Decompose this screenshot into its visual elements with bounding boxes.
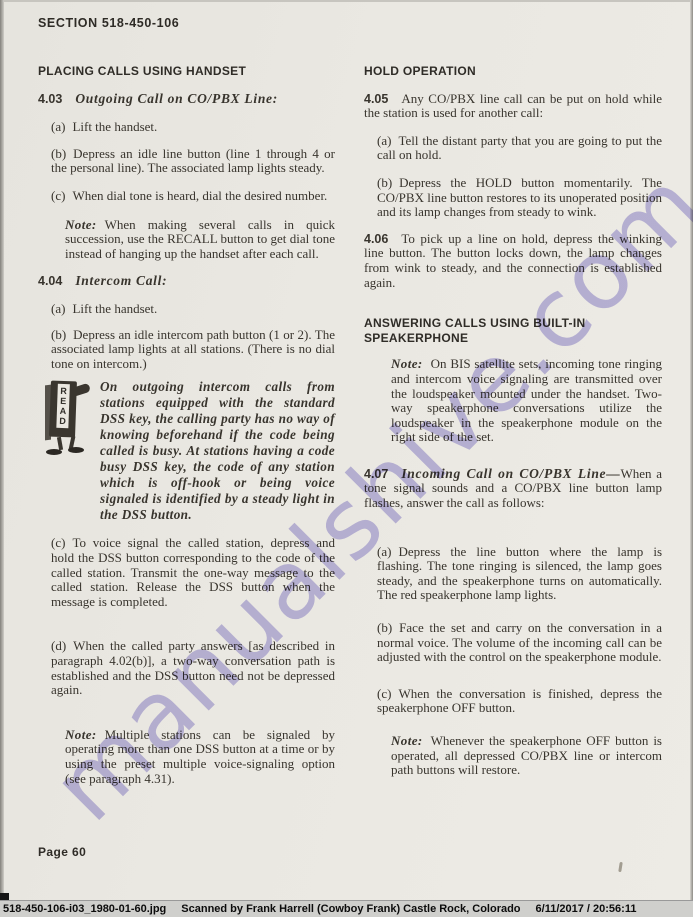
item-marker: (b) — [51, 327, 66, 342]
list-item: (a)Lift the handset. — [38, 302, 335, 317]
list-item: (b)Depress an idle intercom path button … — [38, 328, 335, 372]
paragraph-4-03: 4.03Outgoing Call on CO/PBX Line: — [38, 92, 335, 107]
item-text: Lift the handset. — [72, 119, 157, 134]
item-marker: (b) — [377, 620, 392, 635]
item-marker: (a) — [377, 133, 391, 148]
read-label: READ — [56, 384, 70, 428]
item-text: Depress the HOLD button momentarily. The… — [377, 175, 662, 219]
heading-hold-operation: HOLD OPERATION — [364, 64, 662, 79]
left-column: PLACING CALLS USING HANDSET 4.03Outgoing… — [38, 58, 335, 786]
list-item: (c)When the conversation is finished, de… — [364, 687, 662, 716]
note-text: When making several calls in quick succe… — [65, 217, 335, 261]
list-item: (b)Face the set and carry on the convers… — [364, 621, 662, 665]
item-text: Tell the distant party that you are goin… — [377, 133, 662, 163]
note-text: Whenever the speakerphone OFF button is … — [391, 733, 662, 777]
paragraph-4-04: 4.04Intercom Call: — [38, 274, 335, 289]
item-text: Depress an idle line button (line 1 thro… — [51, 146, 335, 176]
list-item: (a)Depress the line button where the lam… — [364, 545, 662, 603]
note-block: Note:Multiple stations can be signaled b… — [38, 728, 335, 786]
scanned-manual-page: SECTION 518-450-106 PLACING CALLS USING … — [0, 0, 693, 917]
item-marker: (b) — [377, 175, 392, 190]
paragraph-text: To pick up a line on hold, depress the w… — [364, 231, 662, 290]
scan-edge-top — [0, 0, 693, 2]
item-text: Depress the line button where the lamp i… — [377, 544, 662, 603]
paragraph-title: Outgoing Call on CO/PBX Line: — [75, 91, 278, 106]
scan-artifact-mark — [618, 862, 623, 872]
note-text: On BIS satellite sets, incoming tone rin… — [391, 356, 662, 444]
note-label: Note: — [391, 356, 423, 371]
item-marker: (d) — [51, 638, 66, 653]
scan-filename: 518-450-106-i03_1980-01-60.jpg — [3, 903, 166, 915]
note-label: Note: — [391, 733, 423, 748]
item-text: To voice signal the called station, depr… — [51, 535, 335, 608]
list-item: (b)Depress an idle line button (line 1 t… — [38, 147, 335, 176]
list-item: (d)When the called party answers [as des… — [38, 639, 335, 697]
dss-note-row: READ On outgoing intercom calls from sta… — [38, 379, 335, 522]
note-block: Note:On BIS satellite sets, incoming ton… — [364, 357, 662, 445]
paragraph-number: 4.05 — [364, 92, 388, 106]
read-book-mascot-icon: READ — [38, 379, 100, 467]
item-text: Depress an idle intercom path button (1 … — [51, 327, 335, 371]
list-item: (c)To voice signal the called station, d… — [38, 536, 335, 609]
list-item: (c)When dial tone is heard, dial the des… — [38, 189, 335, 204]
heading-placing-calls: PLACING CALLS USING HANDSET — [38, 64, 335, 79]
paragraph-number: 4.06 — [364, 232, 388, 246]
note-block: Note:Whenever the speakerphone OFF butto… — [364, 734, 662, 778]
heading-answering-calls: ANSWERING CALLS USING BUILT-IN SPEAKERPH… — [364, 316, 662, 345]
page-number: Page 60 — [38, 845, 86, 859]
item-marker: (a) — [51, 119, 65, 134]
paragraph-title: Intercom Call: — [75, 273, 167, 288]
item-marker: (c) — [51, 535, 65, 550]
item-text: When the conversation is finished, depre… — [377, 686, 662, 716]
note-label: Note: — [65, 217, 97, 232]
scan-edge-left — [0, 0, 4, 917]
paragraph-title: Incoming Call on CO/PBX Line— — [401, 466, 620, 481]
paragraph-number: 4.03 — [38, 92, 62, 106]
item-text: Face the set and carry on the conversati… — [377, 620, 662, 664]
list-item: (a)Lift the handset. — [38, 120, 335, 135]
paragraph-text: Any CO/PBX line call can be put on hold … — [364, 91, 662, 121]
scan-datetime: 6/11/2017 / 20:56:11 — [536, 903, 637, 915]
paragraph-4-05: 4.05Any CO/PBX line call can be put on h… — [364, 92, 662, 121]
paragraph-number: 4.04 — [38, 274, 62, 288]
item-text: Lift the handset. — [72, 301, 157, 316]
note-block: Note:When making several calls in quick … — [38, 218, 335, 262]
mascot-foot — [46, 449, 62, 455]
list-item: (b)Depress the HOLD button momentarily. … — [364, 176, 662, 220]
scan-credit: Scanned by Frank Harrell (Cowboy Frank) … — [181, 903, 520, 915]
item-marker: (c) — [51, 188, 65, 203]
item-marker: (a) — [51, 301, 65, 316]
item-text: When dial tone is heard, dial the desire… — [72, 188, 327, 203]
mascot-foot — [68, 447, 84, 453]
item-marker: (c) — [377, 686, 391, 701]
dss-warning-text: On outgoing intercom calls from stations… — [100, 379, 335, 522]
right-column: HOLD OPERATION 4.05Any CO/PBX line call … — [364, 58, 662, 778]
item-marker: (b) — [51, 146, 66, 161]
paragraph-number: 4.07 — [364, 467, 388, 481]
item-text: When the called party answers [as descri… — [51, 638, 335, 697]
note-label: Note: — [65, 727, 97, 742]
scan-corner-mark — [0, 893, 9, 900]
list-item: (a)Tell the distant party that you are g… — [364, 134, 662, 163]
item-marker: (a) — [377, 544, 391, 559]
note-text: Multiple stations can be signaled by ope… — [65, 727, 335, 786]
section-header: SECTION 518-450-106 — [38, 16, 179, 30]
paragraph-4-07: 4.07Incoming Call on CO/PBX Line—When a … — [364, 467, 662, 511]
scan-info-bar: 518-450-106-i03_1980-01-60.jpg Scanned b… — [0, 900, 693, 917]
paragraph-4-06: 4.06To pick up a line on hold, depress t… — [364, 232, 662, 290]
